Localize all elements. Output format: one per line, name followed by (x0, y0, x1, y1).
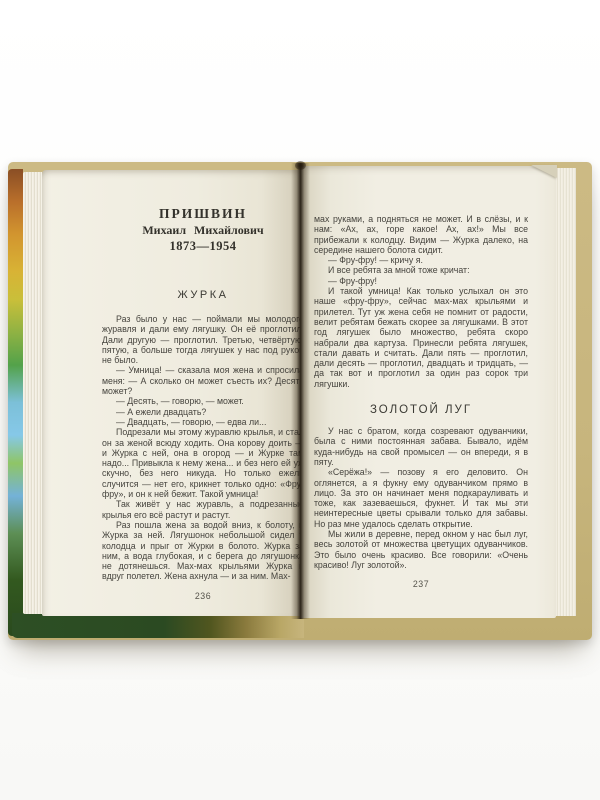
book-photo: ПРИШВИН Михаил Михайлович 1873—1954 ЖУРК… (0, 0, 600, 800)
paragraph: И такой умница! Как только услыхал он эт… (314, 286, 528, 389)
story-title-zolotoy-lug: ЗОЛОТОЙ ЛУГ (314, 404, 528, 416)
paragraph: — Фру-фру! — кричу я. (314, 255, 528, 265)
left-page-text-column: ПРИШВИН Михаил Михайлович 1873—1954 ЖУРК… (102, 206, 304, 601)
page-number-left: 236 (102, 591, 304, 601)
paragraph: Раз пошла жена за водой вниз, к болоту, … (102, 520, 304, 582)
paragraph: — Десять, — говорю, — может. (102, 396, 304, 406)
story-title-zhurka: ЖУРКА (102, 289, 304, 301)
open-book: ПРИШВИН Михаил Михайлович 1873—1954 ЖУРК… (8, 162, 592, 640)
page-curl (531, 165, 557, 178)
paragraph: Раз было у нас — поймали мы молодого жур… (102, 314, 304, 365)
paragraph: И все ребята за мной тоже кричат: (314, 265, 528, 275)
paragraph: Мы жили в деревне, перед окном у нас был… (314, 529, 528, 570)
front-cover-fore-edge (8, 169, 23, 636)
front-cover-bottom-edge (12, 613, 304, 638)
paragraph: — Двадцать, — говорю, — едва ли... (102, 417, 304, 427)
paragraph: мах руками, а подняться не может. И в сл… (314, 214, 528, 255)
page-number-right: 237 (314, 579, 528, 589)
page-edges-left (23, 172, 42, 614)
right-page: мах руками, а подняться не может. И в сл… (300, 166, 556, 618)
paragraph: «Серёжа!» — позову я его деловито. Он ог… (314, 467, 528, 529)
author-years: 1873—1954 (102, 239, 304, 253)
spine-notch (295, 161, 306, 170)
author-surname: ПРИШВИН (102, 206, 304, 222)
paragraph: У нас с братом, когда созревают одуванчи… (314, 426, 528, 467)
paragraph: — Умница! — сказала моя жена и спросила … (102, 365, 304, 396)
paragraph: — А ежели двадцать? (102, 407, 304, 417)
book-gutter (291, 163, 310, 619)
left-page: ПРИШВИН Михаил Михайлович 1873—1954 ЖУРК… (42, 170, 300, 616)
author-fullname: Михаил Михайлович (102, 223, 304, 238)
right-page-text-column: мах руками, а подняться не может. И в сл… (314, 214, 528, 589)
author-heading: ПРИШВИН Михаил Михайлович 1873—1954 (102, 206, 304, 253)
paragraph: Подрезали мы этому журавлю крылья, и ста… (102, 427, 304, 499)
paragraph: — Фру-фру! (314, 276, 528, 286)
paragraph: Так живёт у нас журавль, а подрезанные к… (102, 499, 304, 520)
page-edges-right (554, 168, 576, 616)
